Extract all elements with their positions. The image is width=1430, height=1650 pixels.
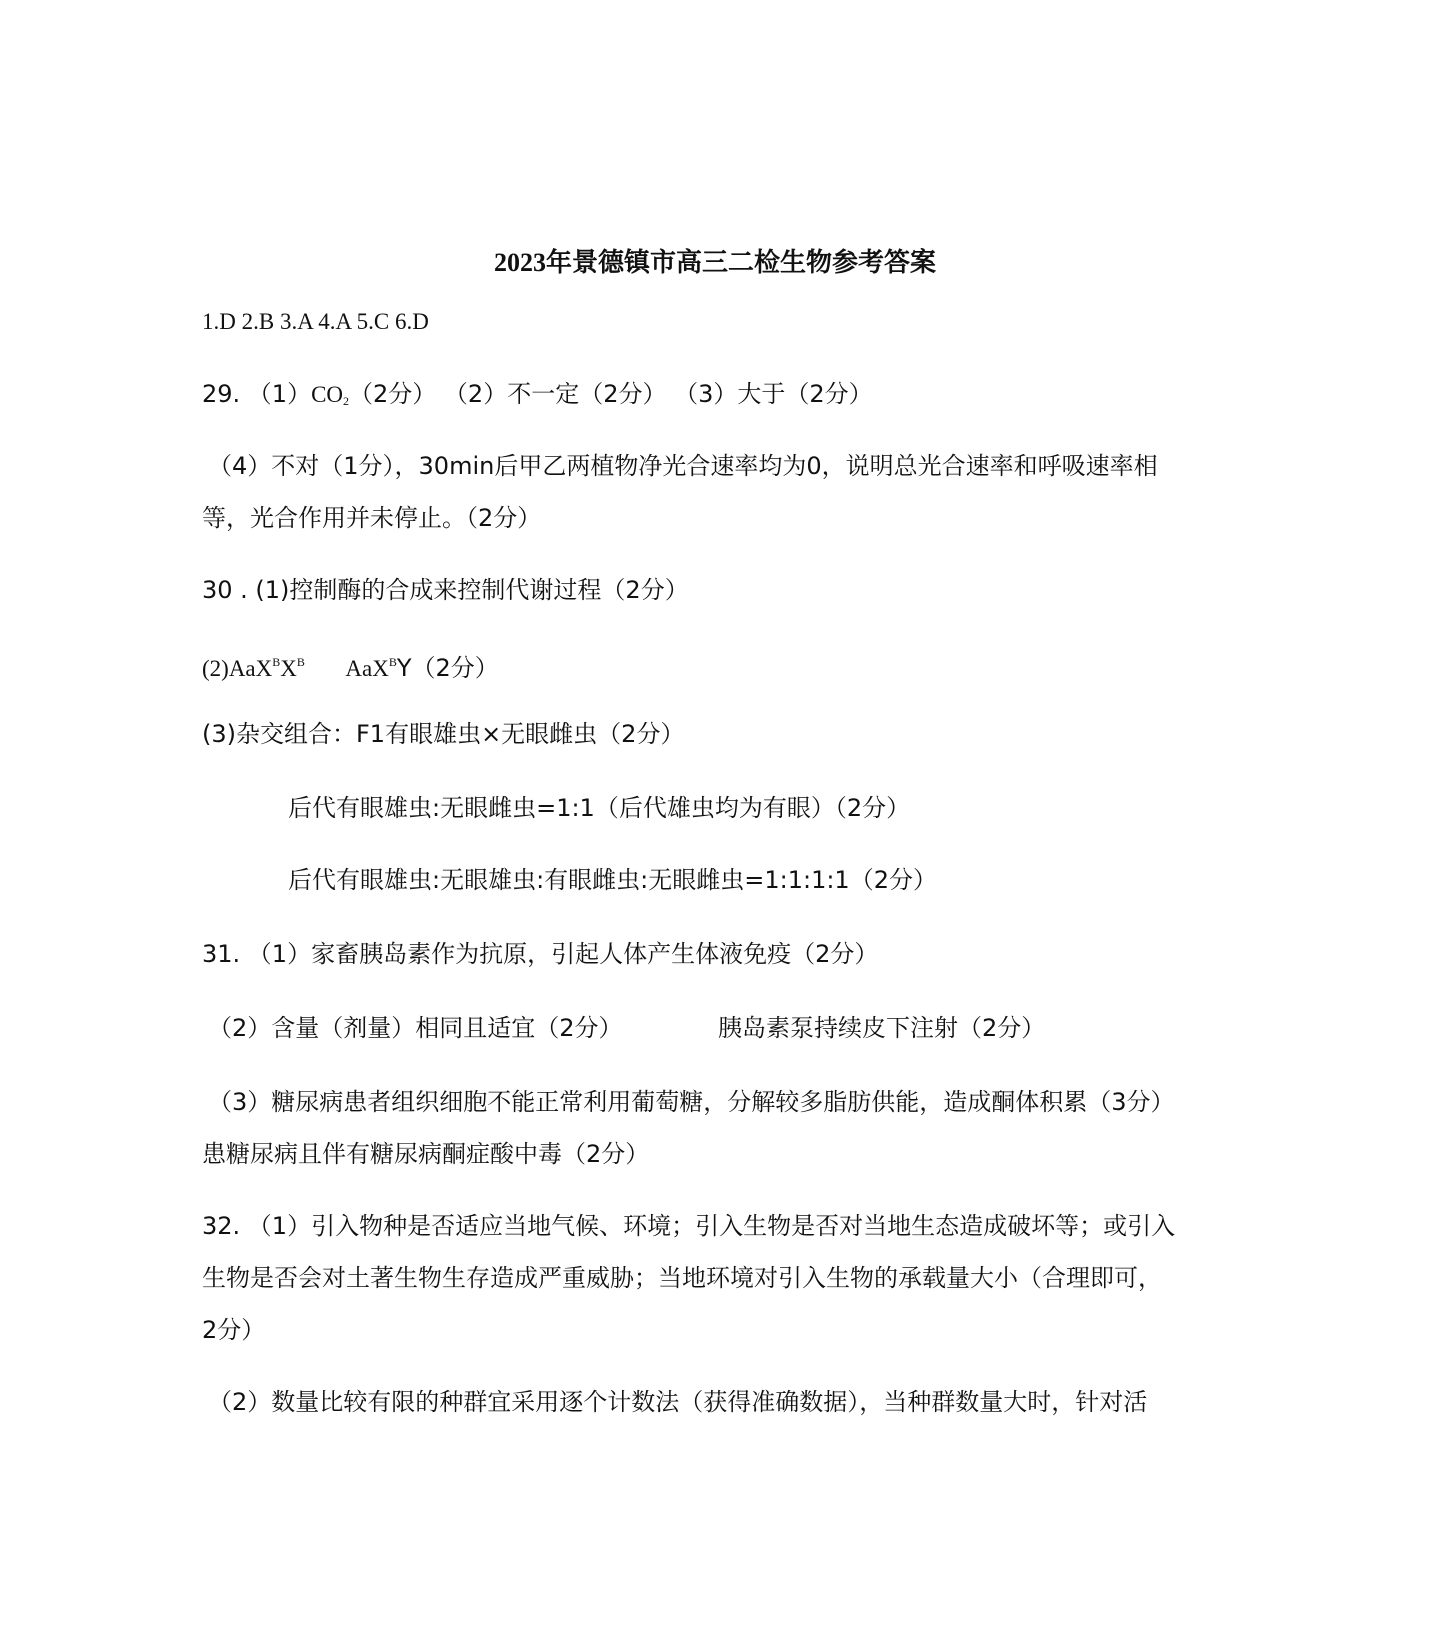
genotype-1-prefix: (2)AaX [202,656,272,681]
q29-line-1: 29. （1）CO2（2分） （2）不一定（2分） （3）大于（2分） [202,378,873,410]
genotype-2-end: Y（2分） [397,654,499,682]
q30-line-3: (3)杂交组合：F1有眼雄虫×无眼雌虫（2分） [202,718,684,750]
document-page: 2023年景德镇市高三二检生物参考答案 1.D 2.B 3.A 4.A 5.C … [0,0,1430,1650]
q30-line-4: 后代有眼雄虫:无眼雌虫=1:1（后代雄虫均为有眼）（2分） [288,792,910,824]
q31-line-1: 31. （1）家畜胰岛素作为抗原，引起人体产生体液免疫（2分） [202,938,878,970]
q30-line-5: 后代有眼雄虫:无眼雄虫:有眼雌虫:无眼雌虫=1:1:1:1（2分） [288,864,937,896]
co2-text: CO [311,382,343,407]
multiple-choice-answers: 1.D 2.B 3.A 4.A 5.C 6.D [202,306,429,338]
q29-co2: CO2 [311,382,349,407]
genotype-sup-2: B [297,655,305,669]
q31-line-4: 患糖尿病且伴有糖尿病酮症酸中毒（2分） [202,1138,649,1170]
q29-line-3: 等，光合作用并未停止。（2分） [202,502,541,534]
q30-line-2: (2)AaXBXB AaXBY（2分） [202,646,499,678]
q31-line-3: （3）糖尿病患者组织细胞不能正常利用葡萄糖，分解较多脂肪供能，造成酮体积累（3分… [208,1086,1175,1118]
q32-line-1: 32. （1）引入物种是否适应当地气候、环境；引入生物是否对当地生态造成破坏等；… [202,1210,1175,1242]
q32-line-2: 生物是否会对土著生物生存造成严重威胁；当地环境对引入生物的承载量大小（合理即可， [202,1262,1162,1294]
genotype-2-prefix: AaX [341,656,389,681]
q29-prefix: 29. （1） [202,380,311,408]
q31-line-2a: （2）含量（剂量）相同且适宜（2分） [208,1012,623,1044]
genotype-1-x: X [280,656,297,681]
page-title: 2023年景德镇市高三二检生物参考答案 [0,242,1430,279]
q29-line-2: （4）不对（1分），30min后甲乙两植物净光合速率均为0，说明总光合速率和呼吸… [208,450,1158,482]
q29-rest: （2分） （2）不一定（2分） （3）大于（2分） [349,380,873,408]
genotype-sup-3: B [389,655,397,669]
q32-line-4: （2）数量比较有限的种群宜采用逐个计数法（获得准确数据），当种群数量大时，针对活 [208,1386,1147,1418]
q31-line-2b: 胰岛素泵持续皮下注射（2分） [718,1012,1045,1044]
q30-line-1: 30 . (1)控制酶的合成来控制代谢过程（2分） [202,574,689,606]
q32-line-3: 2分） [202,1314,265,1346]
